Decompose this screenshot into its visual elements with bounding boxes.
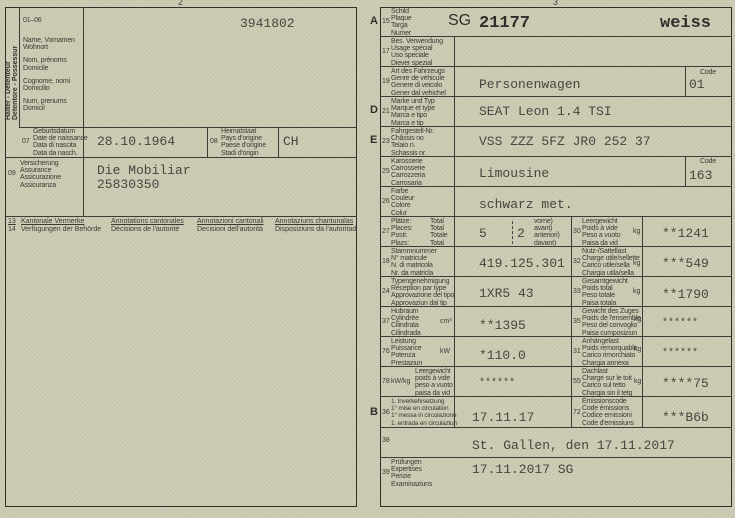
- displacement-number: 37: [382, 318, 390, 325]
- divider: [380, 336, 732, 337]
- label: Colore: [391, 202, 414, 209]
- empty-weight-number: 30: [573, 228, 581, 235]
- label: Wohnort: [23, 44, 75, 51]
- label: Annotazioni cantonali: [197, 218, 264, 225]
- label: Carrosaria: [391, 180, 425, 187]
- total-weight-labels: Gesamtgewicht Poids total Peso totale Pa…: [582, 278, 628, 307]
- power-weight-number: 78: [382, 378, 390, 385]
- insurance-policy: 25830350: [97, 177, 159, 192]
- label: Leergewicht: [582, 218, 620, 225]
- inspections-labels: Prüfungen Expertises Perizie Examinaziun…: [391, 459, 432, 488]
- label: Cylindrée: [391, 315, 421, 322]
- label: Fahrgestell-Nr.: [391, 128, 434, 135]
- birth-date-labels: Geburtsdatum Date de naissance Data di n…: [33, 128, 88, 157]
- displacement-unit: cm³: [440, 318, 452, 325]
- make-model-labels: Marke und Typ Marque et type Marca e tip…: [391, 98, 435, 127]
- roof-load-value: ****75: [662, 376, 709, 391]
- label: Stadi d'origin: [221, 150, 266, 157]
- label: Typengenehmigung: [391, 278, 454, 285]
- plate-color: weiss: [660, 14, 711, 33]
- label: Assurance: [20, 167, 61, 174]
- label: Gesamtgewicht: [582, 278, 628, 285]
- label: Cilindrata: [391, 322, 421, 329]
- label: Emissionscode: [582, 398, 634, 405]
- first-registration-labels: 1. Inverkehrsetzung 1° mise en circulati…: [391, 398, 457, 427]
- vehicle-type-number: 19: [382, 78, 390, 85]
- origin-value: CH: [283, 134, 299, 149]
- label: 1° messa in circolazione: [391, 412, 457, 419]
- total-weight-value: **1790: [662, 287, 709, 302]
- label: davant): [534, 240, 560, 247]
- label: Date de naissance: [33, 135, 88, 142]
- label: Uso speciale: [391, 52, 443, 59]
- first-registration-value: 17.11.17: [472, 410, 534, 425]
- holder-side-label-1: Halter - Détenteur: [5, 40, 12, 120]
- seats-front-value: 2: [517, 226, 525, 241]
- label: Nutz-/Sattellast: [582, 248, 640, 255]
- label: Carrosserie: [391, 165, 425, 172]
- label: Disposiziuns da l'autoritad: [275, 226, 356, 234]
- insurance-name: Die Mobiliar: [97, 163, 191, 178]
- chassis-labels: Fahrgestell-Nr. Châssis no Telaio n. Sch…: [391, 128, 434, 157]
- label: Marca e tipo: [391, 112, 435, 119]
- power-value: *110.0: [479, 348, 526, 363]
- label: Perizie: [391, 473, 432, 480]
- power-weight-labels: Leergewicht poids à vide peso a vuoto pa…: [415, 368, 453, 397]
- body-code: 163: [689, 168, 712, 183]
- label: Chargia annexa: [582, 360, 637, 367]
- label: Verfügungen der Behörde: [21, 226, 101, 234]
- label: Telaio n.: [391, 142, 434, 149]
- train-weight-value: ******: [662, 318, 698, 329]
- label: Poids remorquable: [582, 345, 637, 352]
- plate-value: 21177: [479, 14, 530, 33]
- label: Geburtsdatum: [33, 128, 88, 135]
- displacement-value: **1395: [479, 318, 526, 333]
- label: Approvazione del tipo: [391, 292, 454, 299]
- trailer-load-unit: kg: [634, 346, 641, 353]
- matriculation-labels: Stammnummer N° matricule N. di matricola…: [391, 248, 437, 277]
- vehicle-type-labels: Art des Fahrzeugs Genre de véhicule Gene…: [391, 68, 446, 97]
- label: Anhängelast: [582, 338, 637, 345]
- label: Karosserie: [391, 158, 425, 165]
- label: Versicherung: [20, 160, 61, 167]
- label: Charge sur le toit: [582, 375, 632, 382]
- label: Prestaziun: [391, 360, 422, 367]
- label: Data da nasch.: [33, 150, 88, 157]
- power-weight-unit: kW/kg: [391, 378, 410, 385]
- train-weight-labels: Gewicht des Zuges Poids de l'ensemble Pe…: [582, 308, 641, 337]
- label: Domicilio: [23, 85, 75, 92]
- divider: [642, 216, 643, 427]
- label: Assicurazione: [20, 174, 61, 181]
- power-unit: kW: [440, 348, 450, 355]
- label: Paisa cumposiziun: [582, 330, 641, 337]
- seats-front-labels: vorne) avant) anteriori) davant): [534, 218, 560, 247]
- label: Targa: [391, 22, 412, 29]
- label: Diever spezial: [391, 60, 443, 67]
- label: Schild: [391, 8, 412, 15]
- payload-unit: kg: [633, 260, 640, 267]
- origin-number: 08: [210, 138, 218, 145]
- label: Leergewicht: [415, 368, 453, 375]
- label: Gewicht des Zuges: [582, 308, 641, 315]
- side-marker-b: B: [370, 406, 378, 418]
- divider: [380, 427, 732, 428]
- divider: [19, 7, 20, 127]
- label: Cilindrada: [391, 330, 421, 337]
- emission-code-value: ***B6b: [662, 410, 709, 425]
- label: Hubraum: [391, 308, 421, 315]
- label: poids à vide: [415, 375, 453, 382]
- label: Totale: [430, 232, 447, 239]
- label: Carico rimorchiato: [582, 352, 637, 359]
- annotations-fr: Annotations cantonales Décisions de l'au…: [111, 218, 184, 234]
- label: Plaque: [391, 15, 412, 22]
- origin-labels: Heimatstaat Pays d'origine Paese d'origi…: [221, 128, 266, 157]
- label: Assicuranza: [20, 182, 61, 189]
- label: Gener dal vehichel: [391, 90, 446, 97]
- label: Carrozzeria: [391, 172, 425, 179]
- roof-load-number: 55: [573, 378, 581, 385]
- place-date-value: St. Gallen, den 17.11.2017: [472, 438, 675, 453]
- annotations-de: Kantonale Vermerke Verfügungen der Behör…: [21, 218, 101, 234]
- label: Décisions de l'autorité: [111, 226, 184, 234]
- vehicle-type-code-label: Code: [700, 69, 716, 76]
- birth-date-number: 07: [22, 138, 30, 145]
- label: Genre de véhicule: [391, 75, 446, 82]
- seats-labels: Plätze: Places: Posti: Plazs:: [391, 218, 413, 247]
- train-weight-unit: kg: [634, 316, 641, 323]
- label: Leistung: [391, 338, 422, 345]
- plate-labels: Schild Plaque Targa Numer: [391, 8, 412, 37]
- matriculation-value: 419.125.301: [479, 256, 565, 271]
- label: N° matricule: [391, 255, 437, 262]
- label: Paisa totala: [582, 300, 628, 307]
- divider: [571, 216, 572, 427]
- label: Heimatstaat: [221, 128, 266, 135]
- label: Plazs:: [391, 240, 413, 247]
- divider: [278, 127, 279, 157]
- label: Plätze:: [391, 218, 413, 225]
- power-labels: Leistung Puissance Potenza Prestaziun: [391, 338, 422, 367]
- label: Posti:: [391, 232, 413, 239]
- vehicle-type-value: Personenwagen: [479, 77, 580, 92]
- place-date-number: 38: [382, 437, 390, 444]
- label: Poids total: [582, 285, 628, 292]
- seats-bracket-icon: [512, 219, 516, 245]
- label: Num, prenums: [23, 98, 75, 105]
- label: Annotaziuns chantunalas: [275, 218, 353, 225]
- holder-labels: Name, Vornamen Wohnort Nom, prénoms Domi…: [23, 37, 75, 113]
- emission-code-number: 72: [573, 409, 581, 416]
- label: Expertises: [391, 466, 432, 473]
- label: N. di matricola: [391, 262, 437, 269]
- divider: [380, 216, 732, 217]
- annotations-numbers: 13 14: [8, 218, 16, 234]
- divider: [685, 156, 686, 186]
- left-page-number: 2: [178, 0, 183, 7]
- emission-code-labels: Emissionscode Code émissions Codice emis…: [582, 398, 634, 427]
- label: anteriori): [534, 232, 560, 239]
- insurance-labels: Versicherung Assurance Assicurazione Ass…: [20, 160, 61, 189]
- label: 1. entrada en circulaziun: [391, 420, 457, 427]
- seats-total-labels: Total Total Totale Total: [430, 218, 447, 247]
- label: Approvaziun dal tip: [391, 300, 454, 307]
- holder-field-number: 01–06: [23, 17, 41, 24]
- label: Chargia utila/sella: [582, 270, 640, 277]
- label: Domicile: [23, 65, 75, 72]
- body-number: 25: [382, 168, 390, 175]
- type-approval-value: 1XR5 43: [479, 286, 534, 301]
- label: Examinaziuns: [391, 481, 432, 488]
- label: Paisa da vid: [582, 240, 620, 247]
- body-value: Limousine: [479, 166, 549, 181]
- divider: [380, 457, 732, 458]
- label: Nom, prénoms: [23, 57, 75, 64]
- label: Paese d'origine: [221, 142, 266, 149]
- label: Poids de l'ensemble: [582, 315, 641, 322]
- payload-number: 32: [573, 258, 581, 265]
- divider: [380, 36, 732, 37]
- label: Marque et type: [391, 105, 435, 112]
- label: vorne): [534, 218, 560, 225]
- plate-canton: SG: [448, 12, 471, 30]
- inspections-value: 17.11.2017 SG: [472, 462, 573, 477]
- label: Total: [430, 240, 447, 247]
- divider: [380, 366, 732, 367]
- label: Art des Fahrzeugs: [391, 68, 446, 75]
- label: Bes. Verwendung: [391, 38, 443, 45]
- label: Cognome, nomi: [23, 78, 75, 85]
- label: 14: [8, 226, 16, 234]
- make-model-number: 21: [382, 108, 390, 115]
- power-weight-value: ******: [479, 378, 515, 389]
- label: Carico utile/sella: [582, 262, 640, 269]
- special-use-number: 17: [382, 48, 390, 55]
- label: Réception par type: [391, 285, 454, 292]
- first-registration-number: 36: [382, 409, 390, 416]
- type-approval-labels: Typengenehmigung Réception par type Appr…: [391, 278, 454, 307]
- type-approval-number: 24: [382, 288, 390, 295]
- empty-weight-value: **1241: [662, 226, 709, 241]
- label: Dachlast: [582, 368, 632, 375]
- label: Marke und Typ: [391, 98, 435, 105]
- label: Code d'emissiuns: [582, 420, 634, 427]
- label: Prüfungen: [391, 459, 432, 466]
- seats-total-value: 5: [479, 226, 487, 241]
- label: Codice emissioni: [582, 412, 634, 419]
- label: Usage spécial: [391, 45, 443, 52]
- roof-load-labels: Dachlast Charge sur le toit Carico sul t…: [582, 368, 632, 397]
- divider: [5, 157, 357, 158]
- seats-number: 27: [382, 228, 390, 235]
- divider: [207, 127, 208, 157]
- label: Carico sul tetto: [582, 382, 632, 389]
- right-page-number: 3: [553, 0, 558, 7]
- roof-load-unit: kg: [634, 378, 641, 385]
- body-code-label: Code: [700, 158, 716, 165]
- label: Domicil: [23, 105, 75, 112]
- label: Peso a vuoto: [582, 232, 620, 239]
- color-number: 26: [382, 198, 390, 205]
- holder-value: 3941802: [240, 16, 295, 31]
- side-marker-d: D: [370, 104, 378, 116]
- birth-date-value: 28.10.1964: [97, 134, 175, 149]
- label: avant): [534, 225, 560, 232]
- label: Châssis no: [391, 135, 434, 142]
- label: Marca e tip: [391, 120, 435, 127]
- insurance-number: 09: [8, 170, 16, 177]
- label: Name, Vornamen: [23, 37, 75, 44]
- power-number: 76: [382, 348, 390, 355]
- empty-weight-unit: kg: [633, 228, 640, 235]
- vehicle-type-code: 01: [689, 77, 705, 92]
- trailer-load-labels: Anhängelast Poids remorquable Carico rim…: [582, 338, 637, 367]
- displacement-labels: Hubraum Cylindrée Cilindrata Cilindrada: [391, 308, 421, 337]
- label: Numer: [391, 30, 412, 37]
- divider: [83, 7, 84, 216]
- label: Peso del convoglio: [582, 322, 641, 329]
- make-model-value: SEAT Leon 1.4 TSI: [479, 104, 612, 119]
- side-marker-e: E: [370, 134, 377, 146]
- label: peso a vuoto: [415, 382, 453, 389]
- plate-number-label: 15: [382, 18, 390, 25]
- divider: [5, 216, 357, 217]
- label: Peso totale: [582, 292, 628, 299]
- label: Annotations cantonales: [111, 218, 184, 225]
- label: Data di nascita: [33, 142, 88, 149]
- total-weight-unit: kg: [633, 288, 640, 295]
- chassis-number-label: 23: [382, 138, 390, 145]
- trailer-load-number: 31: [573, 348, 581, 355]
- label: Code émissions: [582, 405, 634, 412]
- holder-side-label-2: Detentore - Possessur: [12, 40, 19, 120]
- special-use-labels: Bes. Verwendung Usage spécial Uso specia…: [391, 38, 443, 67]
- train-weight-number: 35: [573, 318, 581, 325]
- label: Potenza: [391, 352, 422, 359]
- label: Total: [430, 218, 447, 225]
- label: Total: [430, 225, 447, 232]
- matriculation-number: 18: [382, 258, 390, 265]
- label: Farbe: [391, 188, 414, 195]
- label: Decisioni dell'autorità: [197, 226, 264, 234]
- label: Chargia sin il tetg: [582, 390, 632, 397]
- label: 13: [8, 218, 16, 225]
- trailer-load-value: ******: [662, 348, 698, 359]
- divider: [685, 66, 686, 96]
- label: Poids à vide: [582, 225, 620, 232]
- label: Kantonale Vermerke: [21, 218, 84, 225]
- label: Pays d'origine: [221, 135, 266, 142]
- color-labels: Farbe Couleur Colore Colur: [391, 188, 414, 217]
- label: Colur: [391, 210, 414, 217]
- payload-value: ***549: [662, 256, 709, 271]
- chassis-value: VSS ZZZ 5FZ JR0 252 37: [479, 134, 651, 149]
- inspections-number: 39: [382, 469, 390, 476]
- body-labels: Karosserie Carrosserie Carrozzeria Carro…: [391, 158, 425, 187]
- empty-weight-labels: Leergewicht Poids à vide Peso a vuoto Pa…: [582, 218, 620, 247]
- label: Schassis nr.: [391, 150, 434, 157]
- label: Genere di veicolo: [391, 82, 446, 89]
- total-weight-number: 33: [573, 288, 581, 295]
- annotations-rm: Annotaziuns chantunalas Disposiziuns da …: [275, 218, 356, 234]
- label: Puissance: [391, 345, 422, 352]
- label: Couleur: [391, 195, 414, 202]
- color-value: schwarz met.: [479, 197, 573, 212]
- annotations-it: Annotazioni cantonali Decisioni dell'aut…: [197, 218, 264, 234]
- label: Charge utile/sellette: [582, 255, 640, 262]
- divider: [454, 36, 455, 427]
- label: Nr. da matricla: [391, 270, 437, 277]
- payload-labels: Nutz-/Sattellast Charge utile/sellette C…: [582, 248, 640, 277]
- side-marker-a: A: [370, 15, 378, 27]
- divider: [380, 186, 732, 187]
- label: Places:: [391, 225, 413, 232]
- label: paisa da vid: [415, 390, 453, 397]
